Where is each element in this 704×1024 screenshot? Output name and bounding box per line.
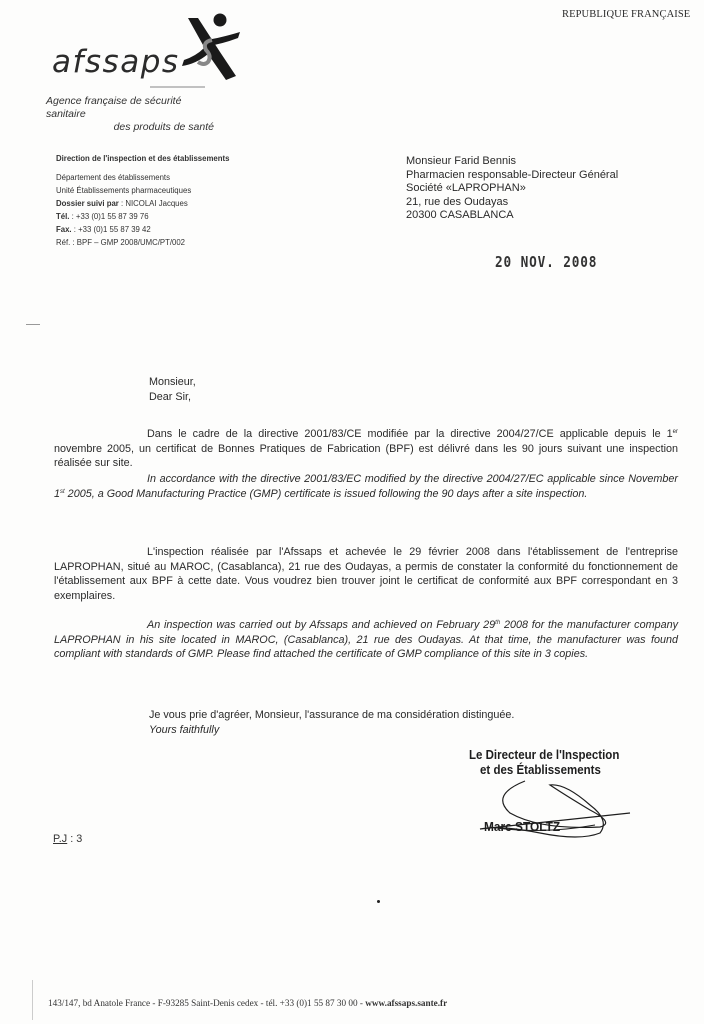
signatory-title: Le Directeur de l'Inspection et des Étab… (469, 748, 619, 778)
superscript: er (673, 429, 678, 435)
footer-margin-rule (32, 980, 33, 1020)
sender-direction: Direction de l'inspection et des établis… (56, 152, 229, 165)
attachments-label: P.J (53, 833, 67, 845)
tel-value: : +33 (0)1 55 87 39 76 (69, 212, 148, 221)
text: An inspection was carried out by Afssaps… (147, 619, 495, 631)
salutation-en: Dear Sir, (149, 390, 196, 405)
sender-ref: Réf. : BPF – GMP 2008/UMC/PT/002 (56, 236, 229, 249)
republique-francaise-header: REPUBLIQUE FRANÇAISE (562, 9, 690, 20)
text: 2005, a Good Manufacturing Practice (GMP… (65, 488, 588, 500)
sender-dossier: Dossier suivi par : NICOLAI Jacques (56, 197, 229, 210)
fax-label: Fax. (56, 225, 72, 234)
dossier-label: Dossier suivi par (56, 199, 119, 208)
recipient-address: Monsieur Farid Bennis Pharmacien respons… (406, 155, 618, 223)
logo-underline (150, 86, 205, 88)
recipient-title: Pharmacien responsable-Directeur Général (406, 169, 618, 183)
recipient-street: 21, rue des Oudayas (406, 196, 618, 210)
ref-value: : BPF – GMP 2008/UMC/PT/002 (70, 238, 185, 247)
salutation: Monsieur, Dear Sir, (149, 375, 196, 404)
signatory-name: Marc STOLTZ (484, 820, 560, 834)
sender-unit: Unité Établissements pharmaceutiques (56, 184, 229, 197)
tel-label: Tél. (56, 212, 69, 221)
salutation-fr: Monsieur, (149, 375, 196, 390)
sender-fax: Fax. : +33 (0)1 55 87 39 42 (56, 223, 229, 236)
tagline-line-1: Agence française de sécurité sanitaire (46, 95, 214, 121)
signatory-title-line-1: Le Directeur de l'Inspection (469, 748, 619, 763)
sender-tel: Tél. : +33 (0)1 55 87 39 76 (56, 210, 229, 223)
handwritten-signature (470, 775, 640, 845)
tagline-line-2: des produits de santé (46, 121, 214, 134)
attachments-value: : 3 (67, 833, 82, 845)
sender-block: Direction de l'inspection et des établis… (56, 152, 229, 249)
text: novembre 2005, un certificat de Bonnes P… (54, 443, 678, 470)
fax-value: : +33 (0)1 55 87 39 42 (72, 225, 151, 234)
scan-speck (377, 900, 380, 903)
footer-address-text: 143/147, bd Anatole France - F-93285 Sai… (48, 998, 365, 1008)
dossier-value: : NICOLAI Jacques (119, 199, 188, 208)
recipient-company: Société «LAPROPHAN» (406, 182, 618, 196)
sender-department: Département des établissements (56, 171, 229, 184)
paragraph-2-en: An inspection was carried out by Afssaps… (54, 618, 678, 662)
ref-label: Réf. (56, 238, 70, 247)
recipient-city: 20300 CASABLANCA (406, 209, 618, 223)
paragraph-1-fr: Dans le cadre de la directive 2001/83/CE… (54, 427, 678, 471)
text: Dans le cadre de la directive 2001/83/CE… (147, 428, 673, 440)
attachments-count: P.J : 3 (53, 833, 82, 845)
afssaps-logo-text: afssaps (52, 44, 180, 80)
date-stamp: 20 NOV. 2008 (495, 253, 597, 271)
footer-address: 143/147, bd Anatole France - F-93285 Sai… (48, 998, 447, 1008)
paragraph-1-en: In accordance with the directive 2001/83… (54, 472, 678, 501)
closing: Je vous prie d'agréer, Monsieur, l'assur… (149, 708, 514, 738)
running-figure-logo-icon (178, 10, 248, 85)
closing-fr: Je vous prie d'agréer, Monsieur, l'assur… (149, 708, 514, 723)
paragraph-2-fr: L'inspection réalisée par l'Afssaps et a… (54, 545, 678, 603)
footer-website-link[interactable]: www.afssaps.sante.fr (365, 998, 447, 1008)
fold-mark (26, 324, 40, 325)
recipient-name: Monsieur Farid Bennis (406, 155, 618, 169)
agency-tagline: Agence française de sécurité sanitaire d… (46, 95, 214, 134)
closing-en: Yours faithfully (149, 723, 514, 738)
